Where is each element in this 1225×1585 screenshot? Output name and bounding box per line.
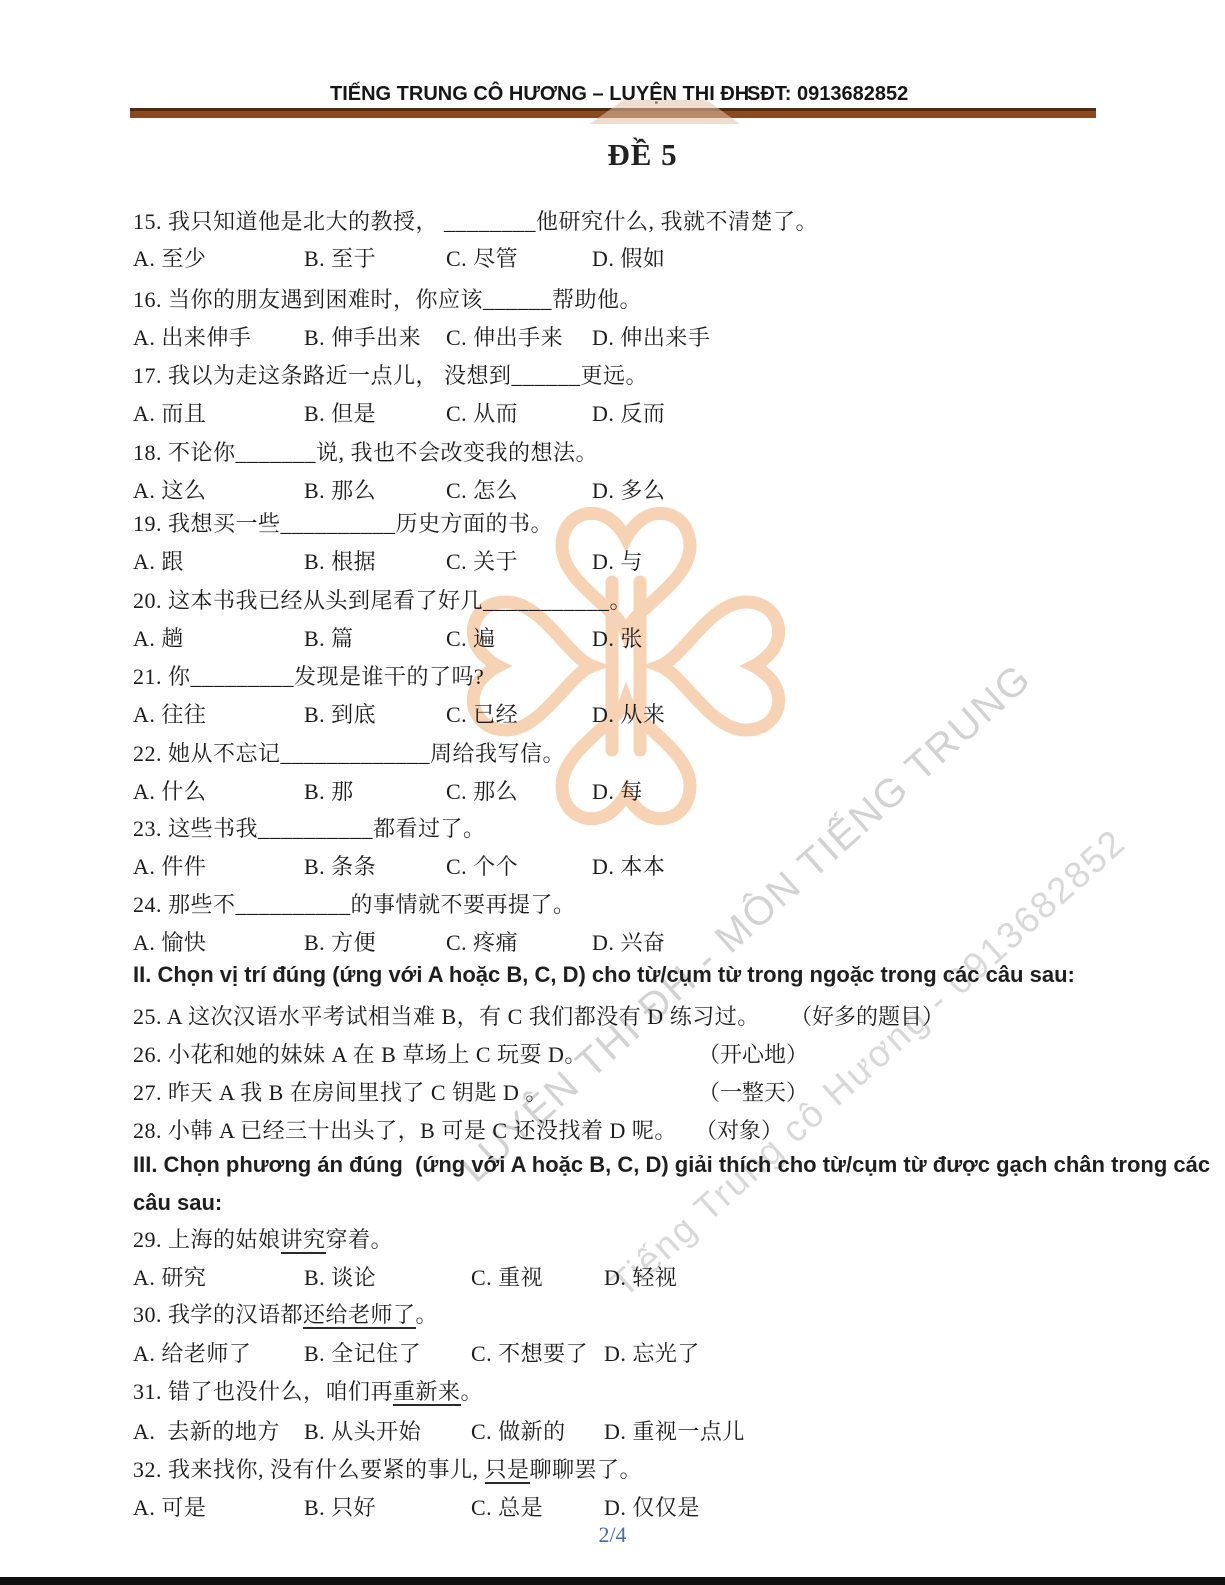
question-18: 18. 不论你_______说, 我也不会改变我的想法。 [133, 436, 598, 467]
question-26-text: 26. 小花和她的妹妹 A 在 B 草场上 C 玩耍 D。 [133, 1042, 587, 1067]
option-d: D. 轻视 [604, 1261, 677, 1292]
option-b: B. 从头开始 [304, 1415, 421, 1446]
question-27: 27. 昨天 A 我 B 在房间里找了 C 钥匙 D 。 [133, 1076, 548, 1107]
option-b: B. 但是 [304, 397, 376, 428]
option-d: D. 本本 [592, 850, 665, 881]
option-c: C. 重视 [471, 1261, 543, 1292]
options-30: A. 给老师了 B. 全记住了 C. 不想要了 D. 忘光了 [0, 1337, 1225, 1367]
option-b: B. 谈论 [304, 1261, 376, 1292]
option-a: A. 跟 [133, 545, 184, 576]
option-c: C. 个个 [446, 850, 518, 881]
option-a: A. 愉快 [133, 926, 206, 957]
option-c: C. 从而 [446, 397, 518, 428]
question-28-text: 28. 小韩 A 已经三十出头了，B 可是 C 还没找着 D 呢。 [133, 1118, 677, 1143]
option-a: A. 出来伸手 [133, 321, 251, 352]
question-30-pre: 30. 我学的汉语都 [133, 1302, 303, 1327]
question-15: 15. 我只知道他是北大的教授， ________他研究什么, 我就不清楚了。 [133, 205, 818, 236]
option-d: D. 与 [592, 545, 643, 576]
option-b: B. 全记住了 [304, 1337, 421, 1368]
question-29-pre: 29. 上海的姑娘 [133, 1227, 281, 1252]
question-32: 32. 我来找你, 没有什么要紧的事儿, 只是聊聊罢了。 [133, 1453, 642, 1484]
option-a: A. 这么 [133, 474, 206, 505]
option-a: A. 去新的地方 [133, 1415, 280, 1446]
option-c: C. 怎么 [446, 474, 518, 505]
page-title: ĐỀ 5 [30, 137, 1225, 173]
options-23: A. 件件 B. 条条 C. 个个 D. 本本 [0, 850, 1225, 880]
option-d: D. 重视一点儿 [604, 1415, 745, 1446]
option-c: C. 遍 [446, 622, 496, 653]
option-c: C. 已经 [446, 698, 518, 729]
option-d: D. 反而 [592, 397, 665, 428]
option-a: A. 研究 [133, 1261, 206, 1292]
question-25-paren: （好多的题目） [790, 1000, 944, 1031]
question-19: 19. 我想买一些__________历史方面的书。 [133, 507, 553, 538]
option-c: C. 那么 [446, 775, 518, 806]
option-c: C. 疼痛 [446, 926, 518, 957]
question-27-paren: （一整天） [698, 1076, 808, 1107]
option-a: A. 件件 [133, 850, 206, 881]
options-29: A. 研究 B. 谈论 C. 重视 D. 轻视 [0, 1261, 1225, 1291]
option-c: C. 不想要了 [471, 1337, 588, 1368]
question-28: 28. 小韩 A 已经三十出头了，B 可是 C 还没找着 D 呢。 [133, 1114, 677, 1145]
question-30: 30. 我学的汉语都还给老师了。 [133, 1298, 438, 1329]
options-21: A. 往往 B. 到底 C. 已经 D. 从来 [0, 698, 1225, 728]
question-31: 31. 错了也没什么，咱们再重新来。 [133, 1375, 483, 1406]
options-32: A. 可是 B. 只好 C. 总是 D. 仅仅是 [0, 1491, 1225, 1521]
option-a: A. 至少 [133, 242, 206, 273]
question-32-underlined-word: 只是 [485, 1457, 530, 1484]
bottom-border [0, 1577, 1225, 1585]
option-a: A. 什么 [133, 775, 206, 806]
question-29-post: 穿着。 [326, 1227, 394, 1252]
option-a: A. 而且 [133, 397, 206, 428]
option-d: D. 假如 [592, 242, 665, 273]
option-a: A. 可是 [133, 1491, 206, 1522]
watermark-line-2: Tiếng Trung cô Hương - 0913682852 [596, 815, 1140, 1313]
question-16: 16. 当你的朋友遇到困难时，你应该______帮助他。 [133, 283, 642, 314]
question-32-post: 聊聊罢了。 [530, 1457, 643, 1482]
phone-number: SĐT: 0913682852 [747, 83, 908, 106]
option-b: B. 根据 [304, 545, 376, 576]
question-26: 26. 小花和她的妹妹 A 在 B 草场上 C 玩耍 D。 [133, 1038, 587, 1069]
option-b: B. 方便 [304, 926, 376, 957]
option-c: C. 总是 [471, 1491, 543, 1522]
option-b: B. 那么 [304, 474, 376, 505]
options-24: A. 愉快 B. 方便 C. 疼痛 D. 兴奋 [0, 926, 1225, 956]
section-iii-heading-cont: câu sau: [133, 1190, 222, 1216]
option-d: D. 忘光了 [604, 1337, 700, 1368]
question-28-paren: （对象） [695, 1114, 783, 1145]
option-d: D. 多么 [592, 474, 665, 505]
option-c: C. 关于 [446, 545, 518, 576]
option-d: D. 兴奋 [592, 926, 665, 957]
question-24: 24. 那些不__________的事情就不要再提了。 [133, 888, 576, 919]
option-b: B. 到底 [304, 698, 376, 729]
section-ii-heading: II. Chọn vị trí đúng (ứng với A hoặc B, … [133, 962, 1075, 988]
option-c: C. 尽管 [446, 242, 518, 273]
question-20: 20. 这本书我已经从头到尾看了好几___________。 [133, 584, 632, 615]
options-22: A. 什么 B. 那 C. 那么 D. 每 [0, 775, 1225, 805]
question-23: 23. 这些书我__________都看过了。 [133, 812, 486, 843]
option-a: A. 给老师了 [133, 1337, 251, 1368]
option-c: C. 做新的 [471, 1415, 566, 1446]
section-iii-heading: III. Chọn phương án đúng (ứng với A hoặc… [133, 1152, 1210, 1178]
options-16: A. 出来伸手 B. 伸手出来 C. 伸出手来 D. 伸出来手 [0, 321, 1225, 351]
option-d: D. 每 [592, 775, 643, 806]
question-22: 22. 她从不忘记_____________周给我写信。 [133, 737, 565, 768]
option-b: B. 条条 [304, 850, 376, 881]
question-17: 17. 我以为走这条路近一点儿， 没想到______更远。 [133, 359, 648, 390]
option-d: D. 伸出来手 [592, 321, 710, 352]
option-b: B. 那 [304, 775, 354, 806]
option-a: A. 往往 [133, 698, 206, 729]
option-d: D. 张 [592, 622, 643, 653]
question-32-pre: 32. 我来找你, 没有什么要紧的事儿, [133, 1457, 485, 1482]
question-30-post: 。 [416, 1302, 439, 1327]
question-30-underlined-word: 还给老师了 [303, 1302, 416, 1329]
options-15: A. 至少 B. 至于 C. 尽管 D. 假如 [0, 242, 1225, 272]
question-29: 29. 上海的姑娘讲究穿着。 [133, 1223, 393, 1254]
question-27-text: 27. 昨天 A 我 B 在房间里找了 C 钥匙 D 。 [133, 1080, 548, 1105]
question-25: 25. A 这次汉语水平考试相当难 B，有 C 我们都没有 D 练习过。 [133, 1000, 760, 1031]
option-c: C. 伸出手来 [446, 321, 563, 352]
question-31-pre: 31. 错了也没什么，咱们再 [133, 1379, 393, 1404]
question-29-underlined-word: 讲究 [281, 1227, 326, 1254]
options-19: A. 跟 B. 根据 C. 关于 D. 与 [0, 545, 1225, 575]
question-25-text: 25. A 这次汉语水平考试相当难 B，有 C 我们都没有 D 练习过。 [133, 1004, 760, 1029]
option-b: B. 至于 [304, 242, 376, 273]
page-number: 2/4 [0, 1522, 1225, 1548]
options-31: A. 去新的地方 B. 从头开始 C. 做新的 D. 重视一点儿 [0, 1415, 1225, 1445]
question-31-post: 。 [461, 1379, 484, 1404]
exam-page: LUYỆN THI ĐH - MÔN TIẾNG TRUNG Tiếng Tru… [0, 0, 1225, 1585]
option-d: D. 仅仅是 [604, 1491, 700, 1522]
question-21: 21. 你_________发现是谁干的了吗? [133, 660, 484, 691]
question-26-paren: （开心地） [698, 1038, 808, 1069]
options-20: A. 趟 B. 篇 C. 遍 D. 张 [0, 622, 1225, 652]
question-31-underlined-word: 重新来 [393, 1379, 461, 1406]
option-b: B. 只好 [304, 1491, 376, 1522]
options-18: A. 这么 B. 那么 C. 怎么 D. 多么 [0, 474, 1225, 504]
option-a: A. 趟 [133, 622, 184, 653]
option-d: D. 从来 [592, 698, 665, 729]
options-17: A. 而且 B. 但是 C. 从而 D. 反而 [0, 397, 1225, 427]
option-b: B. 篇 [304, 622, 354, 653]
option-b: B. 伸手出来 [304, 321, 421, 352]
